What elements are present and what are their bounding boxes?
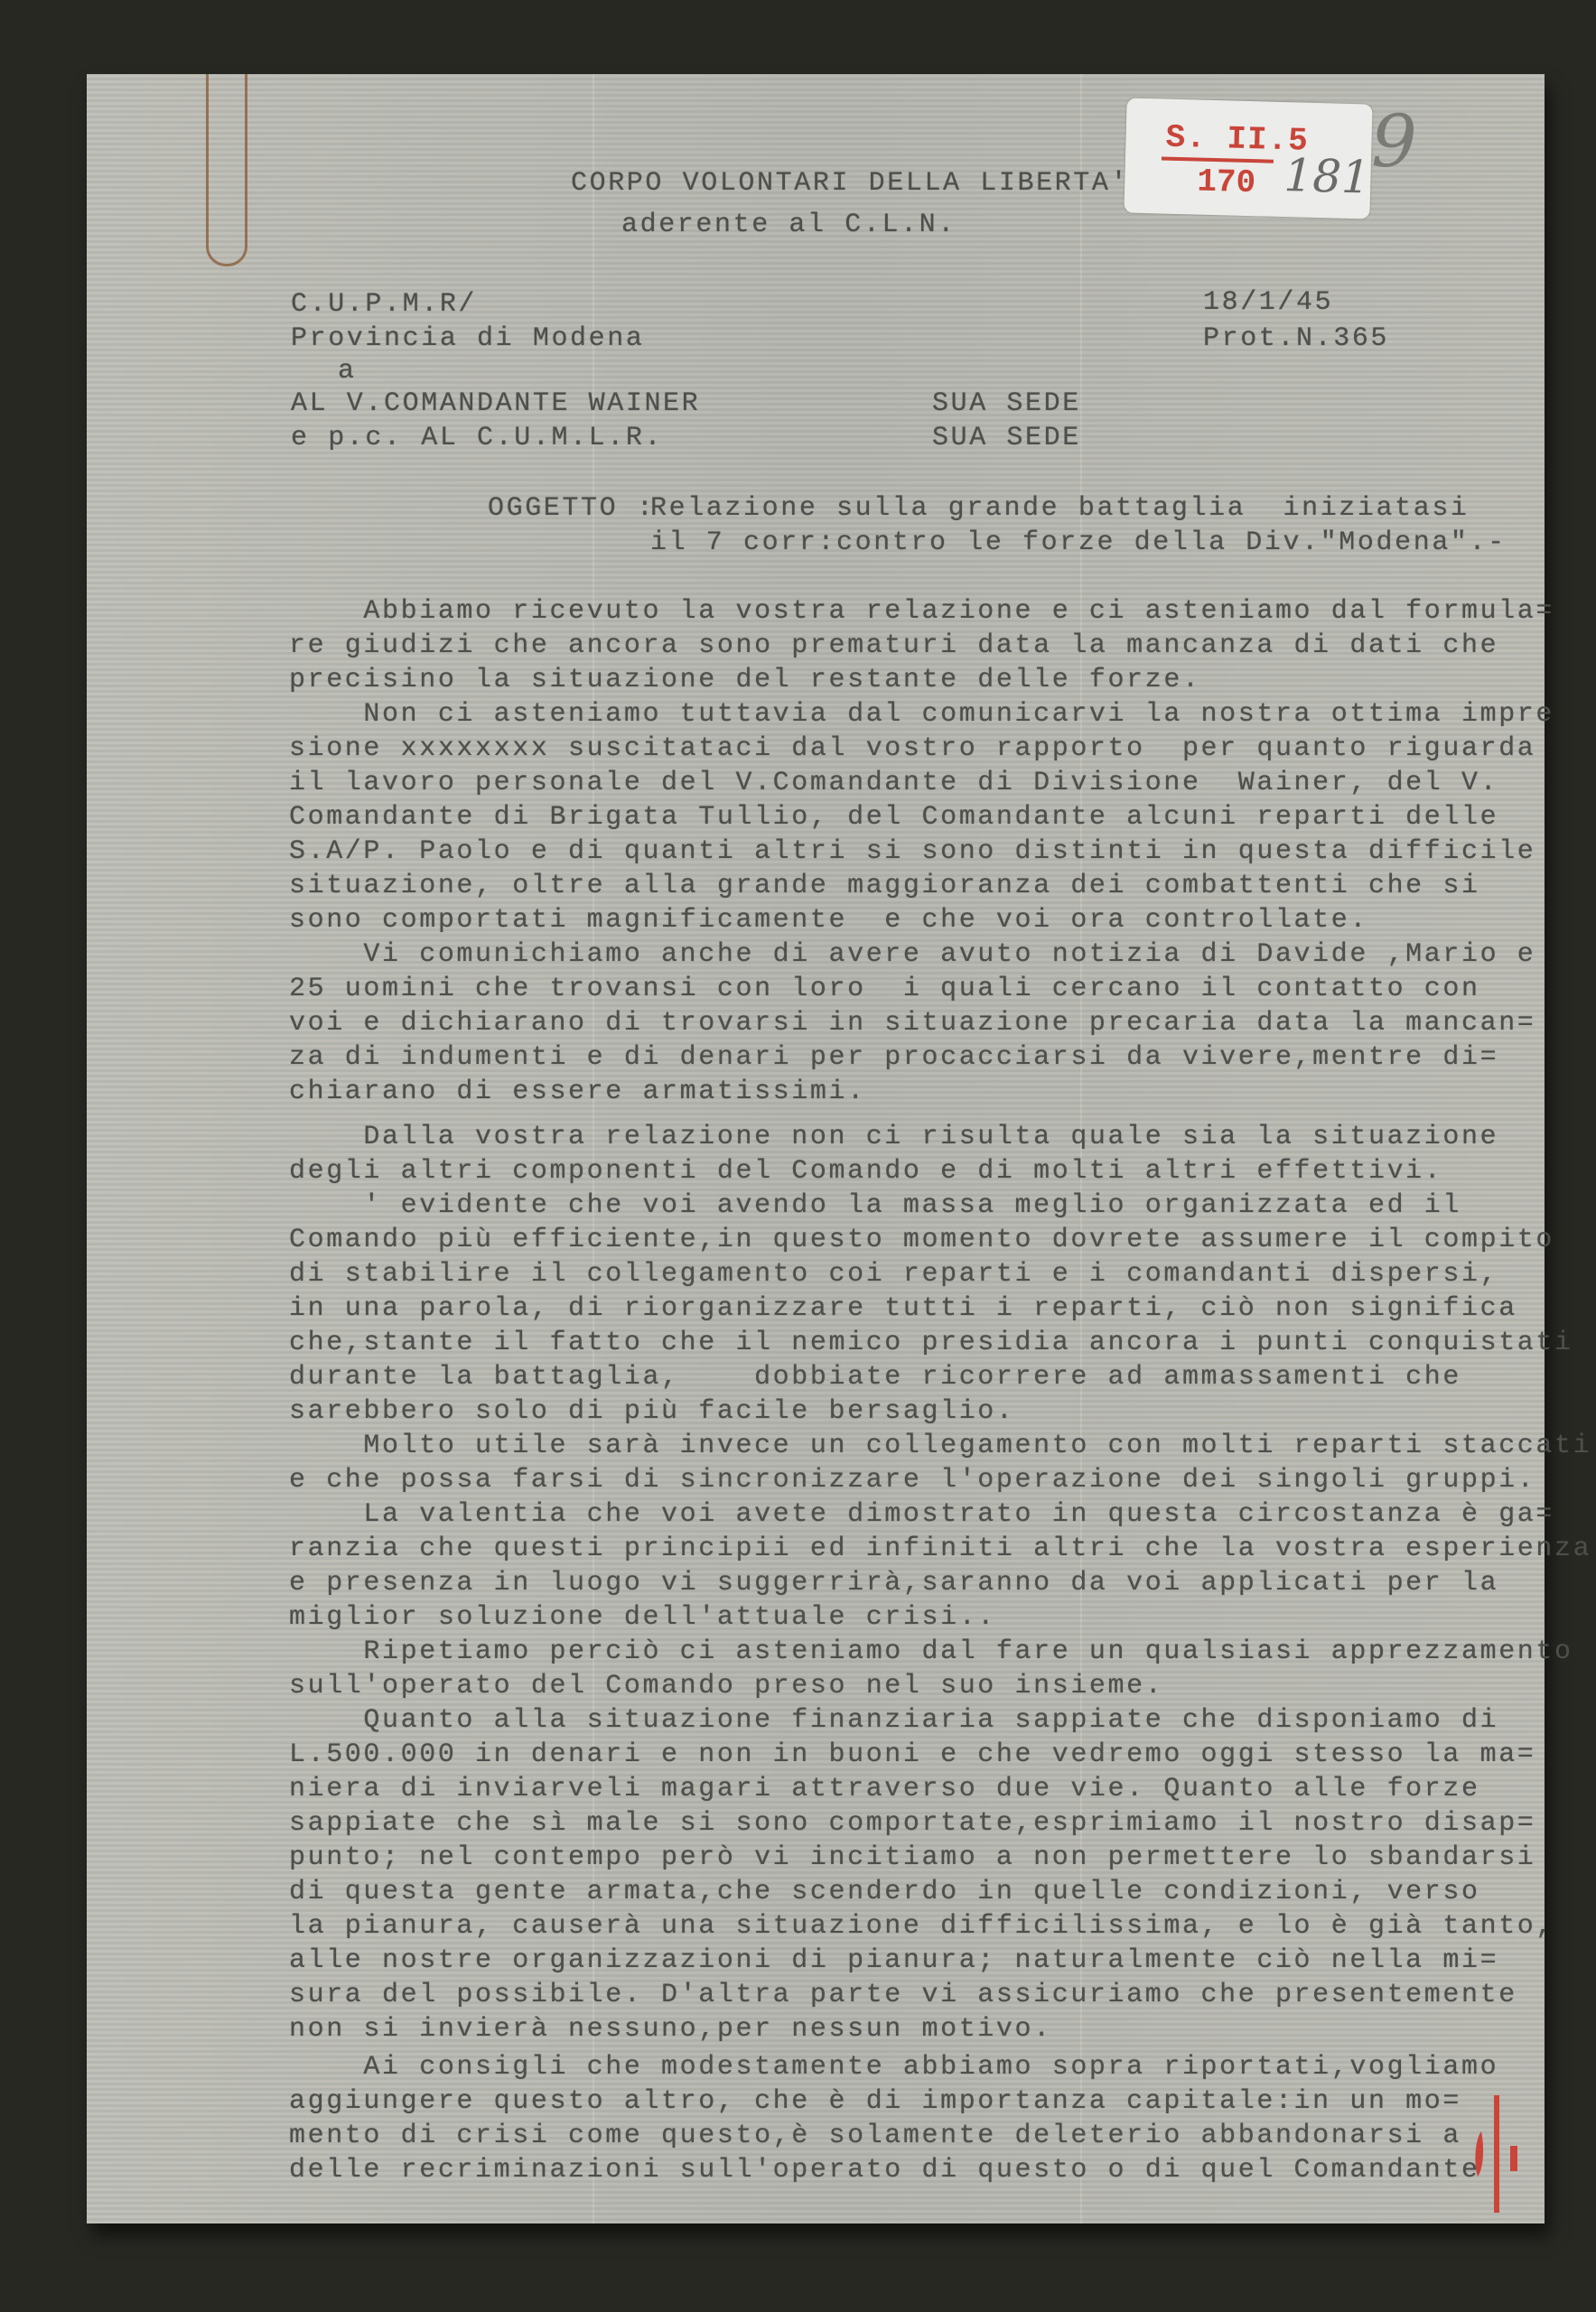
body-line: sione xxxxxxxx suscitataci dal vostro ra… bbox=[289, 733, 1535, 764]
body-line: sull'operato del Comando preso nel suo i… bbox=[289, 1671, 1163, 1701]
archive-label: S. II.5 170 181 bbox=[1124, 98, 1372, 219]
body-line: in una parola, di riorganizzare tutti i … bbox=[289, 1293, 1517, 1324]
body-line: durante la battaglia, dobbiate ricorrere… bbox=[289, 1362, 1461, 1393]
body-line: Ai consigli che modestamente abbiamo sop… bbox=[289, 2052, 1498, 2083]
body-line: 25 uomini che trovansi con loro i quali … bbox=[289, 974, 1480, 1004]
body-line: che,stante il fatto che il nemico presid… bbox=[289, 1328, 1573, 1358]
protocol-number: Prot.N.365 bbox=[1203, 323, 1389, 354]
letterhead-title: CORPO VOLONTARI DELLA LIBERTA' bbox=[571, 168, 1129, 199]
body-line: il lavoro personale del V.Comandante di … bbox=[289, 768, 1498, 798]
body-line: sura del possibile. D'altra parte vi ass… bbox=[289, 1980, 1517, 2010]
body-line: Molto utile sarà invece un collegamento … bbox=[289, 1431, 1591, 1461]
body-line: ranzia che questi principii ed infiniti … bbox=[289, 1534, 1591, 1564]
body-line: sappiate che sì male si sono comportate,… bbox=[289, 1808, 1535, 1839]
body-line: ' evidente che voi avendo la massa megli… bbox=[289, 1190, 1461, 1221]
body-line: situazione, oltre alla grande maggioranz… bbox=[289, 871, 1480, 901]
body-line: non si invierà nessuno,per nessun motivo… bbox=[289, 2014, 1052, 2045]
body-line: za di indumenti e di denari per procacci… bbox=[289, 1042, 1498, 1073]
body-line: La valentia che voi avete dimostrato in … bbox=[289, 1499, 1554, 1530]
sender-province: Provincia di Modena bbox=[291, 323, 644, 354]
body-line: Quanto alla situazione finanziaria sappi… bbox=[289, 1705, 1498, 1736]
recipient-name: AL V.COMANDANTE WAINER bbox=[291, 388, 700, 419]
subject-line: Relazione sulla grande battaglia iniziat… bbox=[650, 493, 1470, 524]
body-line: Abbiamo ricevuto la vostra relazione e c… bbox=[289, 596, 1554, 627]
body-line: Comando più efficiente,in questo momento… bbox=[289, 1225, 1554, 1255]
recipient-name: e p.c. AL C.U.M.L.R. bbox=[291, 423, 663, 453]
body-line: la pianura, causerà una situazione diffi… bbox=[289, 1911, 1554, 1942]
body-line: e che possa farsi di sincronizzare l'ope… bbox=[289, 1465, 1535, 1496]
body-line: Comandante di Brigata Tullio, del Comand… bbox=[289, 802, 1498, 833]
body-line: mento di crisi come questo,è solamente d… bbox=[289, 2121, 1461, 2151]
archive-number: 170 bbox=[1197, 163, 1256, 202]
body-line: Vi comunichiamo anche di avere avuto not… bbox=[289, 939, 1535, 970]
body-line: S.A/P. Paolo e di quanti altri si sono d… bbox=[289, 836, 1535, 867]
sender-connector: a bbox=[338, 356, 357, 387]
pencil-page-number: 181 bbox=[1283, 149, 1371, 203]
body-line: alle nostre organizzazioni di pianura; n… bbox=[289, 1945, 1498, 1976]
subject-label: OGGETTO : bbox=[488, 493, 655, 524]
body-line: aggiungere questo altro, che è di import… bbox=[289, 2086, 1461, 2117]
letterhead-subtitle: aderente al C.L.N. bbox=[621, 210, 957, 240]
body-line: L.500.000 in denari e non in buoni e che… bbox=[289, 1739, 1535, 1770]
body-line: punto; nel contempo però vi incitiamo a … bbox=[289, 1842, 1535, 1873]
body-line: re giudizi che ancora sono prematuri dat… bbox=[289, 630, 1498, 661]
body-line: chiarano di essere armatissimi. bbox=[289, 1077, 866, 1107]
pencil-margin-number: 9 bbox=[1371, 99, 1417, 183]
body-line: delle recriminazioni sull'operato di que… bbox=[289, 2155, 1480, 2186]
document-date: 18/1/45 bbox=[1203, 287, 1333, 318]
body-line: miglior soluzione dell'attuale crisi.. bbox=[289, 1602, 996, 1633]
sender-org: C.U.P.M.R/ bbox=[291, 289, 477, 320]
body-line: e presenza in luogo vi suggerrirà,sarann… bbox=[289, 1568, 1498, 1599]
body-line: Non ci asteniamo tuttavia dal comunicarv… bbox=[289, 699, 1554, 730]
body-line: niera di inviarveli magari attraverso du… bbox=[289, 1774, 1480, 1804]
rusted-staple-mark bbox=[206, 74, 247, 266]
red-pencil-mark-icon bbox=[1470, 2086, 1525, 2213]
body-line: sarebbero solo di più facile bersaglio. bbox=[289, 1396, 1015, 1427]
body-line: Ripetiamo perciò ci asteniamo dal fare u… bbox=[289, 1636, 1573, 1667]
body-line: precisino la situazione del restante del… bbox=[289, 665, 1201, 695]
body-line: Dalla vostra relazione non ci risulta qu… bbox=[289, 1122, 1498, 1152]
recipient-location: SUA SEDE bbox=[932, 423, 1081, 453]
body-line: degli altri componenti del Comando e di … bbox=[289, 1156, 1442, 1187]
recipient-location: SUA SEDE bbox=[932, 388, 1081, 419]
subject-line: il 7 corr:contro le forze della Div."Mod… bbox=[650, 527, 1507, 558]
body-line: di stabilire il collegamento coi reparti… bbox=[289, 1259, 1498, 1290]
body-line: di questa gente armata,che scenderdo in … bbox=[289, 1877, 1480, 1907]
body-line: voi e dichiarano di trovarsi in situazio… bbox=[289, 1008, 1535, 1039]
body-line: sono comportati magnificamente e che voi… bbox=[289, 905, 1368, 936]
